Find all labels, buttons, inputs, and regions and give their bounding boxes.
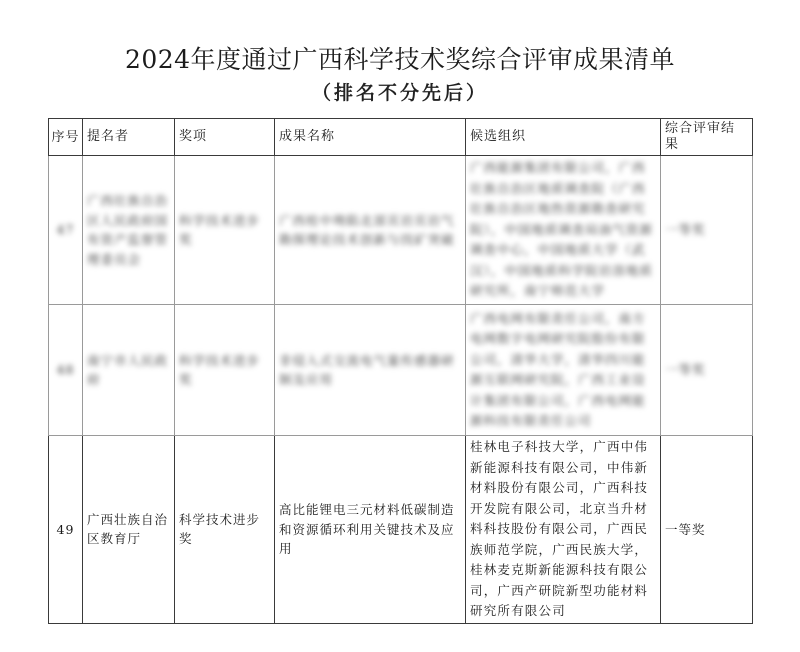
cell-organizations: 桂林电子科技大学，广西中伟新能源科技有限公司，中伟新材料股份有限公司，广西科技开… [466,436,661,624]
cell-result: 一等奖 [661,156,753,305]
blurred-text: 科学技术进步奖 [179,351,270,390]
table-row: 48 南宁市人民政府 科学技术进步奖 非侵入式交流电气量传感器研制及应用 广西电… [49,305,753,436]
blurred-text: 南宁市人民政府 [87,351,170,390]
header-nominator: 提名者 [83,119,175,156]
cell-seq: 49 [49,436,83,624]
cell-seq: 48 [49,305,83,436]
header-result: 综合评审结果 [661,119,753,156]
cell-achievement: 广西桂中坳陷北部页岩页岩气勘探理论技术创新与找矿突破 [275,156,466,305]
blurred-text: 广西壮族自治区人民政府国有资产监督管理委员会 [87,191,170,269]
cell-nominator: 广西壮族自治区人民政府国有资产监督管理委员会 [83,156,175,305]
blurred-text: 一等奖 [665,360,748,380]
blurred-text: 广西能源集团有限公司，广西壮族自治区地质调查院（广西壮族自治区地热资源勘查研究院… [470,158,656,302]
cell-seq: 47 [49,156,83,305]
table-header-row: 序号 提名者 奖项 成果名称 候选组织 综合评审结果 [49,119,753,156]
blurred-text: 广西电网有限责任公司，南方电网数字电网研究院股份有限公司，清华大学，清华四川能源… [470,309,656,432]
cell-achievement: 非侵入式交流电气量传感器研制及应用 [275,305,466,436]
table-row: 47 广西壮族自治区人民政府国有资产监督管理委员会 科学技术进步奖 广西桂中坳陷… [49,156,753,305]
blurred-text: 一等奖 [665,220,748,240]
cell-nominator: 广西壮族自治区教育厅 [83,436,175,624]
document-subtitle: （排名不分先后） [0,78,800,105]
cell-organizations: 广西能源集团有限公司，广西壮族自治区地质调查院（广西壮族自治区地热资源勘查研究院… [466,156,661,305]
header-achievement: 成果名称 [275,119,466,156]
document-title: 2024年度通过广西科学技术奖综合评审成果清单 [0,40,800,76]
cell-result: 一等奖 [661,305,753,436]
cell-award: 科学技术进步奖 [175,436,275,624]
header-award: 奖项 [175,119,275,156]
cell-result: 一等奖 [661,436,753,624]
cell-achievement: 高比能锂电三元材料低碳制造和资源循环利用关键技术及应用 [275,436,466,624]
blurred-text: 非侵入式交流电气量传感器研制及应用 [279,351,461,390]
cell-award: 科学技术进步奖 [175,156,275,305]
blurred-text: 广西桂中坳陷北部页岩页岩气勘探理论技术创新与找矿突破 [279,211,461,250]
header-seq: 序号 [49,119,83,156]
cell-nominator: 南宁市人民政府 [83,305,175,436]
blurred-text: 48 [49,360,82,380]
header-organizations: 候选组织 [466,119,661,156]
cell-award: 科学技术进步奖 [175,305,275,436]
table-row: 49 广西壮族自治区教育厅 科学技术进步奖 高比能锂电三元材料低碳制造和资源循环… [49,436,753,624]
blurred-text: 47 [49,220,82,240]
results-table: 序号 提名者 奖项 成果名称 候选组织 综合评审结果 47 广西壮族自治区人民政… [48,118,753,624]
cell-organizations: 广西电网有限责任公司，南方电网数字电网研究院股份有限公司，清华大学，清华四川能源… [466,305,661,436]
blurred-text: 科学技术进步奖 [179,211,270,250]
